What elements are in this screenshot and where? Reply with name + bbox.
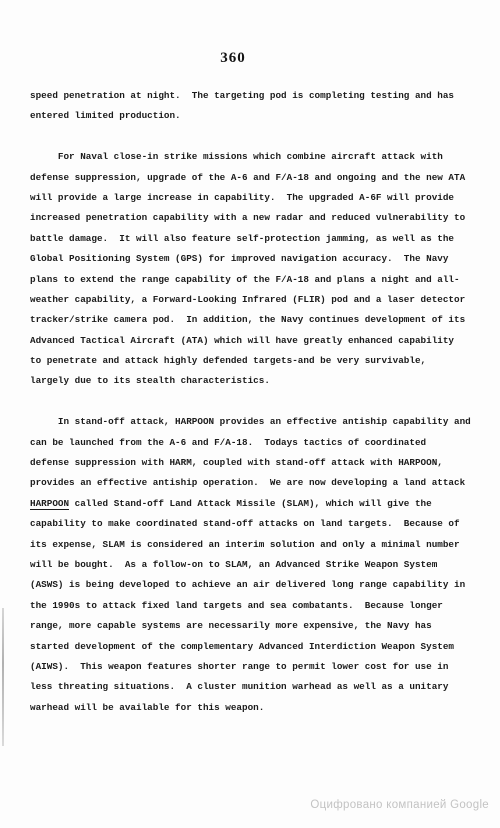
paragraph: speed penetration at night. The targetin… xyxy=(30,86,480,127)
text-line: provides an effective antiship operation… xyxy=(30,473,480,493)
text-line: to penetrate and attack highly defended … xyxy=(30,351,480,371)
text-line: For Naval close-in strike missions which… xyxy=(30,147,480,167)
paragraph: For Naval close-in strike missions which… xyxy=(30,147,480,392)
text-line: increased penetration capability with a … xyxy=(30,208,480,228)
text-line: (ASWS) is being developed to achieve an … xyxy=(30,575,480,595)
text-line: (AIWS). This weapon features shorter ran… xyxy=(30,657,480,677)
text-line: In stand-off attack, HARPOON provides an… xyxy=(30,412,480,432)
paragraph: In stand-off attack, HARPOON provides an… xyxy=(30,412,480,718)
text-line: battle damage. It will also feature self… xyxy=(30,229,480,249)
text-segment: called Stand-off Land Attack Missile (SL… xyxy=(69,498,432,509)
text-line: defense suppression with HARM, coupled w… xyxy=(30,453,480,473)
text-line: warhead will be available for this weapo… xyxy=(30,698,480,718)
text-line: will be bought. As a follow-on to SLAM, … xyxy=(30,555,480,575)
underlined-text: HARPOON xyxy=(30,498,69,511)
text-line: Advanced Tactical Aircraft (ATA) which w… xyxy=(30,331,480,351)
text-line: Global Positioning System (GPS) for impr… xyxy=(30,249,480,269)
scan-artifact-line xyxy=(2,608,4,746)
text-line: started development of the complementary… xyxy=(30,637,480,657)
text-line: largely due to its stealth characteristi… xyxy=(30,371,480,391)
text-line: entered limited production. xyxy=(30,106,480,126)
text-line: HARPOON called Stand-off Land Attack Mis… xyxy=(30,494,480,514)
text-line: its expense, SLAM is considered an inter… xyxy=(30,535,480,555)
google-digitization-watermark: Оцифровано компанией Google xyxy=(310,799,489,811)
text-line: speed penetration at night. The targetin… xyxy=(30,86,480,106)
page-number: 360 xyxy=(200,50,266,67)
text-line: range, more capable systems are necessar… xyxy=(30,616,480,636)
text-line: defense suppression, upgrade of the A-6 … xyxy=(30,168,480,188)
text-line: the 1990s to attack fixed land targets a… xyxy=(30,596,480,616)
document-body: speed penetration at night. The targetin… xyxy=(30,86,480,718)
text-line: tracker/strike camera pod. In addition, … xyxy=(30,310,480,330)
scanned-page: 360 speed penetration at night. The targ… xyxy=(0,0,500,828)
text-line: less threating situations. A cluster mun… xyxy=(30,677,480,697)
text-line: weather capability, a Forward-Looking In… xyxy=(30,290,480,310)
text-line: capability to make coordinated stand-off… xyxy=(30,514,480,534)
text-line: will provide a large increase in capabil… xyxy=(30,188,480,208)
text-line: plans to extend the range capability of … xyxy=(30,270,480,290)
text-line: can be launched from the A-6 and F/A-18.… xyxy=(30,433,480,453)
